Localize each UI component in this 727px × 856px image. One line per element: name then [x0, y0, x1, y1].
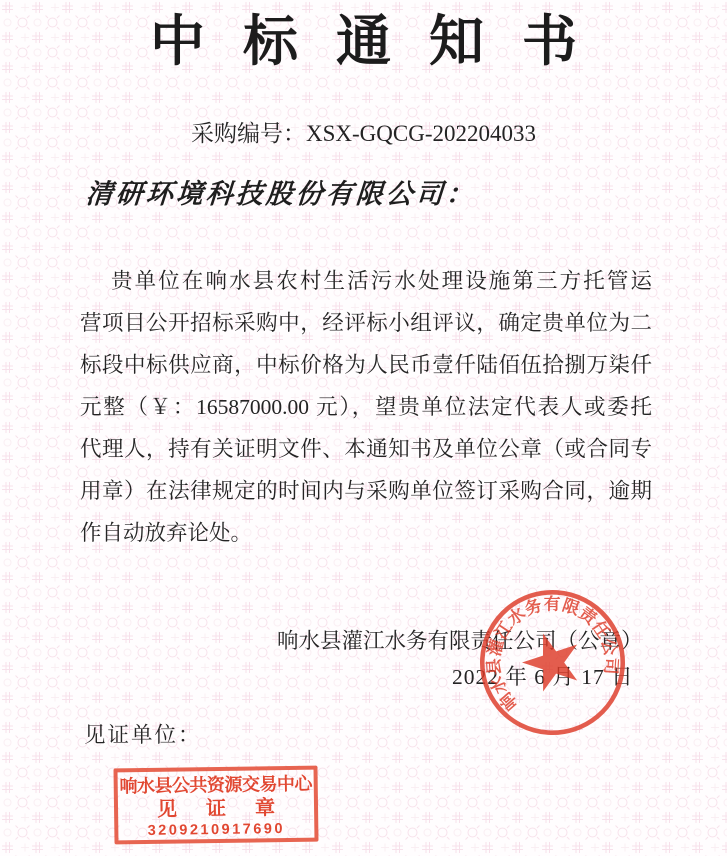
witness-seal-title: 见 证 章	[118, 796, 314, 824]
body-line: 作自动放弃论处。	[80, 512, 652, 554]
issue-date: 2022 年 6 月 17 日	[452, 663, 634, 691]
body-paragraph: 贵单位在响水县农村生活污水处理设施第三方托管运 营项目公开招标采购中，经评标小组…	[80, 260, 652, 554]
body-line: 代理人，持有关证明文件、本通知书及单位公章（或合同专	[80, 428, 652, 470]
document-title: 中标通知书	[150, 10, 615, 73]
body-line: 营项目公开招标采购中，经评标小组评议，确定贵单位为二	[80, 302, 652, 344]
body-line: 标段中标供应商，中标价格为人民币壹仟陆佰伍拾捌万柒仟	[80, 344, 652, 386]
procurement-number-line: 采购编号：XSX-GQCG-202204033	[0, 119, 727, 149]
title-row: 中标通知书	[0, 10, 727, 73]
witness-seal-org: 响水县公共资源交易中心	[118, 772, 314, 799]
issuer-signature: 响水县灌江水务有限责任公司（公章）	[277, 627, 643, 655]
witness-unit-label: 见证单位：	[84, 721, 202, 749]
body-line: 元整（￥：16587000.00 元），望贵单位法定代表人或委托	[80, 386, 652, 428]
witness-seal-number: 3209210917690	[118, 821, 314, 841]
body-line: 用章）在法律规定的时间内与采购单位签订采购合同，逾期	[80, 470, 652, 512]
recipient-company-name: 清研环境科技股份有限公司：	[85, 172, 478, 211]
witness-seal-stamp: 响水县公共资源交易中心 见 证 章 3209210917690	[113, 766, 318, 845]
procurement-number-value: XSX-GQCG-202204033	[306, 121, 536, 146]
document-page: 中标通知书 采购编号：XSX-GQCG-202204033 清研环境科技股份有限…	[0, 0, 727, 856]
procurement-number-label: 采购编号：	[191, 121, 306, 146]
document-content: 中标通知书 采购编号：XSX-GQCG-202204033 清研环境科技股份有限…	[0, 0, 727, 856]
body-line: 贵单位在响水县农村生活污水处理设施第三方托管运	[80, 260, 652, 302]
